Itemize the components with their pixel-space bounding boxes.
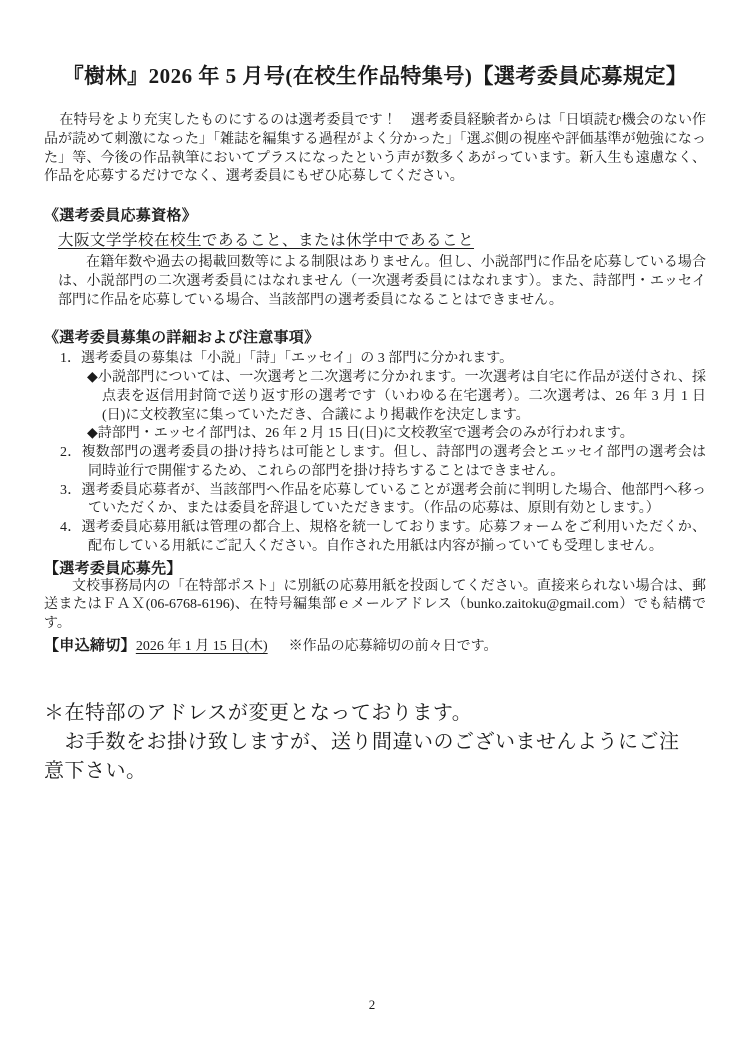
qualification-detail: 在籍年数や過去の掲載回数等による制限はありません。但し、小説部門に作品を応募して… — [44, 254, 706, 310]
rule-item-2: 2．複数部門の選考委員の掛け持ちは可能とします。但し、詩部門の選考会とエッセイ部… — [44, 444, 706, 482]
deadline-line: 【申込締切】2026 年 1 月 15 日(木)※作品の応募締切の前々日です。 — [44, 634, 706, 655]
rule-item-1-number: 1． — [60, 351, 81, 366]
address-change-notice: ＊在特部のアドレスが変更となっております。 お手数をお掛け致しますが、送り間違い… — [44, 699, 706, 786]
qualification-heading: 《選考委員応募資格》 — [44, 204, 706, 225]
qualification-requirement: 大阪文学学校在校生であること、または休学中であること — [58, 228, 706, 250]
page-title: 『樹林』2026 年 5 月号(在校生作品特集号)【選考委員応募規定】 — [44, 60, 706, 90]
rule-item-1-sub-2: ◆詩部門・エッセイ部門は、26 年 2 月 15 日(日)に文校教室で選考会のみ… — [44, 425, 706, 444]
diamond-bullet-icon: ◆ — [87, 370, 98, 385]
rule-item-4: 4．選考委員応募用紙は管理の都合上、規格を統一しております。応募フォームをご利用… — [44, 519, 706, 557]
notice-line-2: お手数をお掛け致しますが、送り間違いのございませんようにご注 — [44, 728, 706, 757]
deadline-date: 2026 年 1 月 15 日(木) — [136, 639, 289, 654]
rule-item-3: 3．選考委員応募者が、当該部門へ作品を応募していることが選考会前に判明した場合、… — [44, 482, 706, 520]
deadline-label: 【申込締切】 — [44, 637, 136, 654]
rule-item-4-text: 選考委員応募用紙は管理の都合上、規格を統一しております。応募フォームをご利用いた… — [81, 520, 706, 554]
page-number: 2 — [0, 997, 744, 1013]
notice-line-3: 意下さい。 — [44, 757, 706, 786]
rule-item-1-sub-1: ◆小説部門については、一次選考と二次選考に分かれます。一次選考は自宅に作品が送付… — [44, 369, 706, 425]
section-destination: 【選考委員応募先】 文校事務局内の「在特部ポスト」に別紙の応募用紙を投函してくだ… — [44, 557, 706, 634]
deadline-note: ※作品の応募締切の前々日です。 — [289, 639, 498, 654]
notice-line-1: ＊在特部のアドレスが変更となっております。 — [44, 699, 706, 728]
rule-item-3-text: 選考委員応募者が、当該部門へ作品を応募していることが選考会前に判明した場合、他部… — [81, 483, 706, 517]
rule-item-4-number: 4． — [60, 520, 81, 535]
rules-heading: 《選考委員募集の詳細および注意事項》 — [44, 326, 706, 347]
rule-item-1-sub-2-text: 詩部門・エッセイ部門は、26 年 2 月 15 日(日)に文校教室で選考会のみが… — [98, 426, 634, 441]
rule-item-1-text: 選考委員の募集は「小説」「詩」「エッセイ」の 3 部門に分かれます。 — [81, 351, 513, 366]
rule-item-3-number: 3． — [60, 483, 81, 498]
rule-item-1: 1．選考委員の募集は「小説」「詩」「エッセイ」の 3 部門に分かれます。 — [44, 350, 706, 369]
destination-text: 文校事務局内の「在特部ポスト」に別紙の応募用紙を投函してください。直接来られない… — [44, 578, 706, 634]
rule-item-2-text: 複数部門の選考委員の掛け持ちは可能とします。但し、詩部門の選考会とエッセイ部門の… — [81, 445, 706, 479]
rule-item-1-sub-1-text: 小説部門については、一次選考と二次選考に分かれます。一次選考は自宅に作品が送付さ… — [98, 370, 706, 423]
document-page: 『樹林』2026 年 5 月号(在校生作品特集号)【選考委員応募規定】 在特号を… — [0, 0, 744, 1053]
rule-item-2-number: 2． — [60, 445, 81, 460]
section-rules: 《選考委員募集の詳細および注意事項》 1．選考委員の募集は「小説」「詩」「エッセ… — [44, 326, 706, 556]
section-qualification: 《選考委員応募資格》 大阪文学学校在校生であること、または休学中であること 在籍… — [44, 204, 706, 310]
diamond-bullet-icon: ◆ — [87, 426, 98, 441]
intro-paragraph: 在特号をより充実したものにするのは選考委員です！ 選考委員経験者からは「日頃読む… — [44, 112, 706, 187]
destination-heading: 【選考委員応募先】 — [44, 557, 706, 578]
